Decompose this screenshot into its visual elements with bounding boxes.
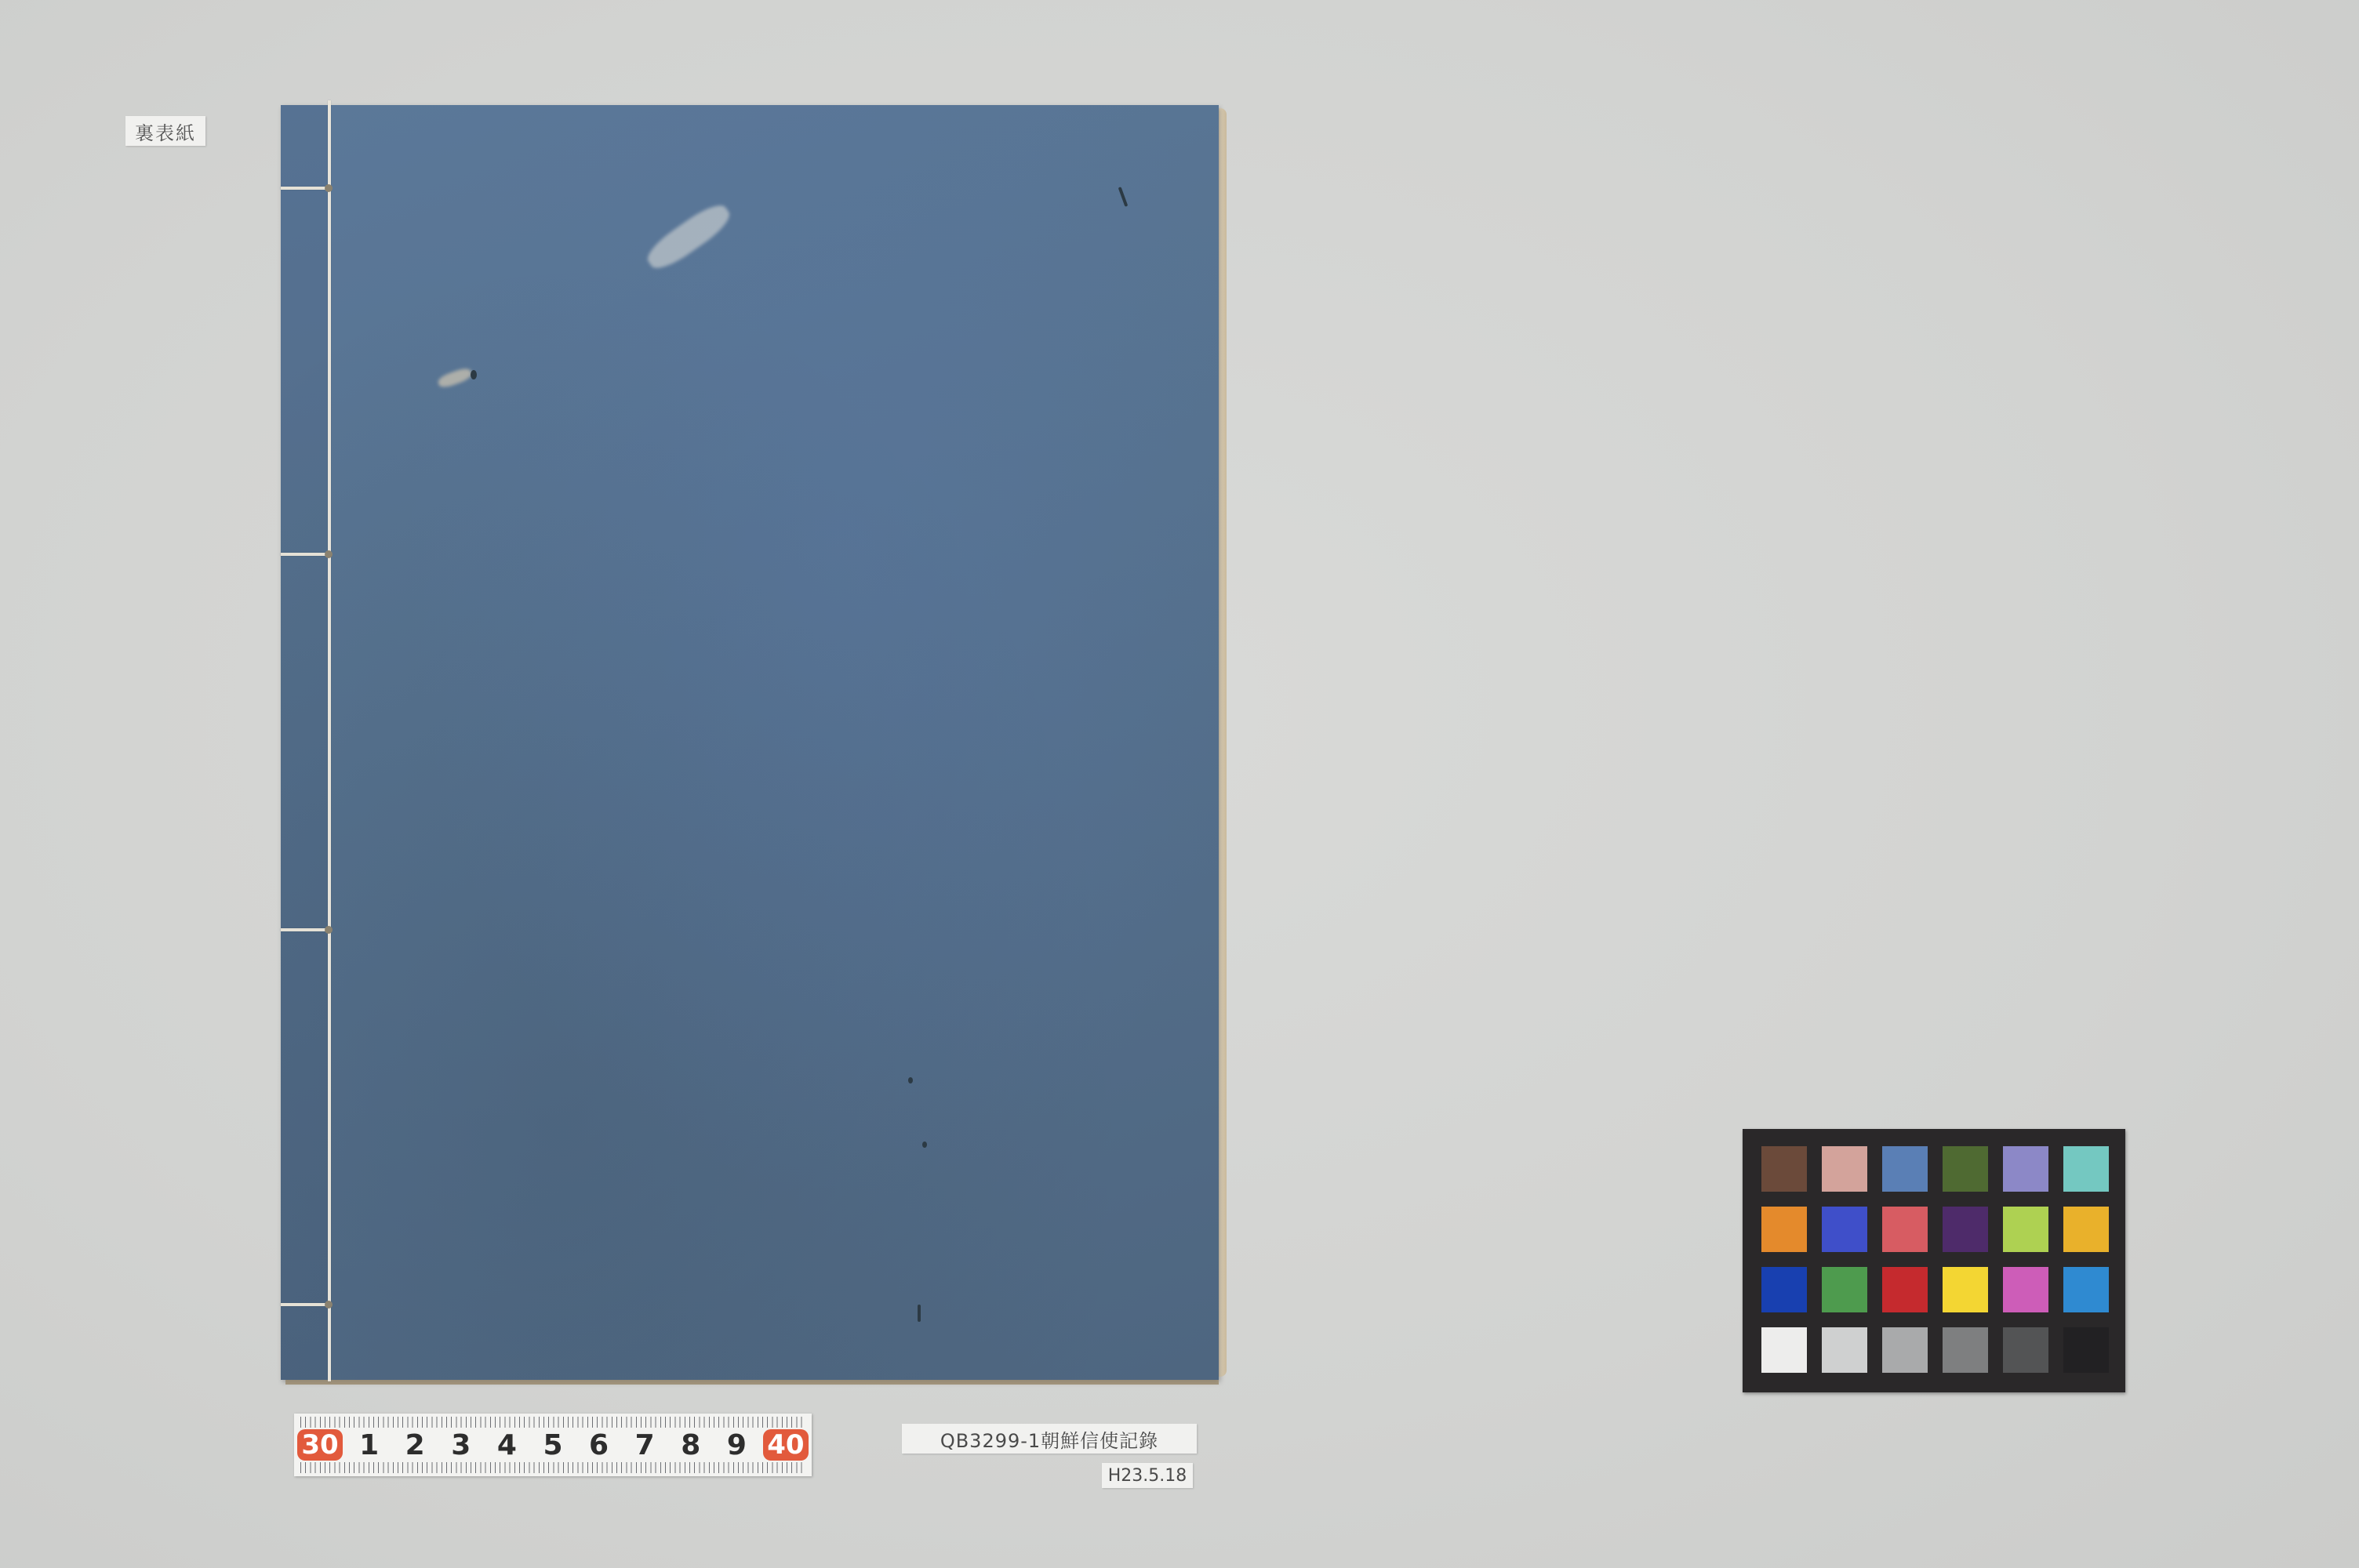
- back-cover-tag: 裏表紙: [125, 116, 205, 146]
- color-patch: [2063, 1327, 2109, 1373]
- color-patch: [1822, 1146, 1867, 1192]
- cover-stain: [471, 370, 477, 379]
- binding-knot: [325, 184, 333, 192]
- binding-stitch: [281, 553, 331, 556]
- color-patch: [2003, 1207, 2048, 1252]
- color-patch: [2063, 1146, 2109, 1192]
- ruler-label: 7: [625, 1429, 664, 1461]
- color-patch: [2003, 1146, 2048, 1192]
- ruler-label: 5: [533, 1429, 572, 1461]
- cover-stain: [922, 1142, 927, 1148]
- color-patch: [1761, 1327, 1807, 1373]
- color-patch: [1882, 1327, 1928, 1373]
- cover-mark: [1118, 187, 1129, 207]
- cover-scuff: [642, 198, 736, 275]
- color-patch: [1822, 1327, 1867, 1373]
- color-patch: [2003, 1267, 2048, 1312]
- binding-knot: [325, 550, 333, 558]
- ruler-label: 30: [297, 1429, 343, 1461]
- binding-stitch: [281, 187, 331, 190]
- binding-stitch: [281, 1303, 331, 1306]
- ruler-label: 8: [671, 1429, 711, 1461]
- date-label: H23.5.18: [1102, 1463, 1193, 1488]
- binding-stitch: [281, 928, 331, 931]
- ruler-label: 1: [350, 1429, 389, 1461]
- color-patch: [1882, 1267, 1928, 1312]
- color-patch: [1822, 1267, 1867, 1312]
- color-checker-grid: [1761, 1146, 2109, 1373]
- color-patch: [1761, 1267, 1807, 1312]
- ruler-label: 4: [487, 1429, 526, 1461]
- cover-stain: [918, 1305, 921, 1322]
- ruler-label: 40: [763, 1429, 809, 1461]
- cover-damage: [437, 366, 474, 390]
- color-checker: [1743, 1129, 2125, 1392]
- ruler-label: 9: [717, 1429, 756, 1461]
- cover-stain: [908, 1077, 913, 1083]
- ruler-label: 2: [395, 1429, 434, 1461]
- ruler-label: 6: [580, 1429, 619, 1461]
- book: [281, 105, 1219, 1380]
- color-patch: [1761, 1207, 1807, 1252]
- color-patch: [2003, 1327, 2048, 1373]
- ruler-ticks-top: [300, 1417, 805, 1428]
- color-patch: [1943, 1267, 1988, 1312]
- binding-knot: [325, 926, 333, 934]
- book-back-cover: [281, 105, 1219, 1380]
- color-patch: [1822, 1207, 1867, 1252]
- catalog-label: QB3299-1朝鮮信使記錄: [902, 1424, 1197, 1454]
- color-patch: [1943, 1327, 1988, 1373]
- binding-thread: [328, 100, 331, 1381]
- ruler-ticks-bottom: [300, 1462, 805, 1473]
- color-patch: [1882, 1146, 1928, 1192]
- color-patch: [1882, 1207, 1928, 1252]
- color-patch: [1943, 1207, 1988, 1252]
- color-patch: [2063, 1267, 2109, 1312]
- scale-ruler: 30 1 2 3 4 5 6 7 8 9 40: [294, 1414, 812, 1476]
- color-patch: [1761, 1146, 1807, 1192]
- binding-strip: [281, 105, 329, 1380]
- binding-knot: [325, 1301, 333, 1308]
- ruler-numbers: 30 1 2 3 4 5 6 7 8 9 40: [294, 1428, 812, 1462]
- ruler-label: 3: [442, 1429, 481, 1461]
- color-patch: [1943, 1146, 1988, 1192]
- color-patch: [2063, 1207, 2109, 1252]
